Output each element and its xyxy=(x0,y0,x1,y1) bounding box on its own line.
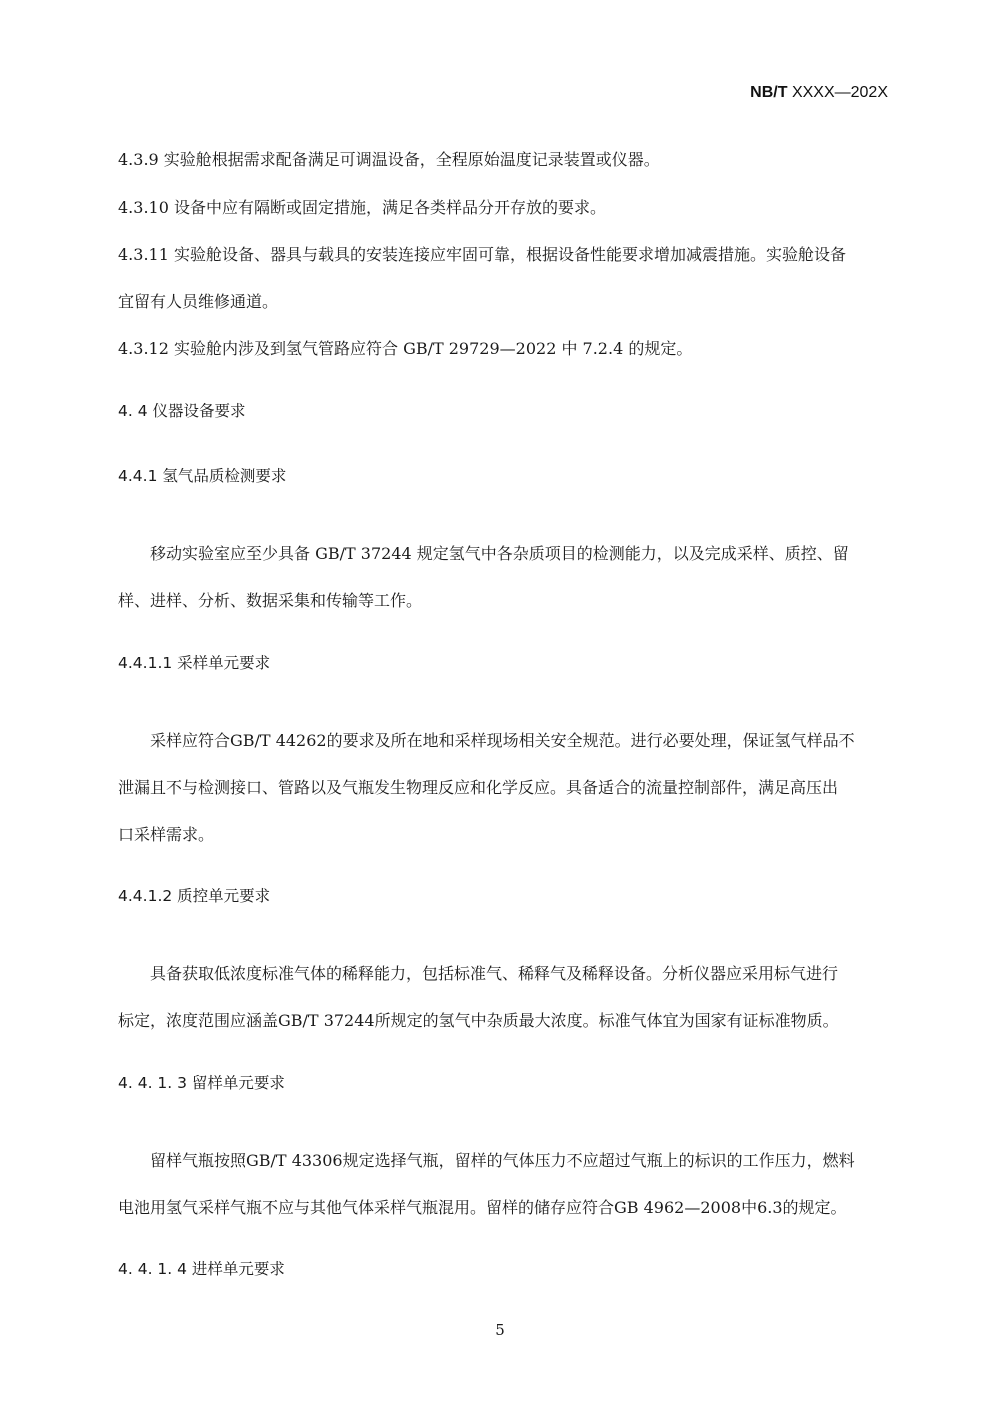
document-code-prefix: NB/T xyxy=(750,84,787,101)
clause-4-3-11-line2: 宜留有人员维修通道。 xyxy=(118,292,278,312)
page-number: 5 xyxy=(0,1321,1000,1339)
clause-4-3-12: 4.3.12 实验舱内涉及到氢气管路应符合 GB/T 29729—2022 中 … xyxy=(118,339,692,359)
clause-4-3-9: 4.3.9 实验舱根据需求配备满足可调温设备，全程原始温度记录装置或仪器。 xyxy=(118,150,660,170)
clause-4-3-10: 4.3.10 设备中应有隔断或固定措施，满足各类样品分开存放的要求。 xyxy=(118,198,606,218)
paragraph-4-4-1-2-line2: 标定，浓度范围应涵盖GB/T 37244所规定的氢气中杂质最大浓度。标准气体宜为… xyxy=(118,1011,839,1031)
section-heading-4-4-1-2: 4.4.1.2 质控单元要求 xyxy=(118,886,270,906)
paragraph-4-4-1-3-line1: 留样气瓶按照GB/T 43306规定选择气瓶，留样的气体压力不应超过气瓶上的标识… xyxy=(150,1151,855,1171)
section-heading-4-4-1-4: 4. 4. 1. 4 进样单元要求 xyxy=(118,1259,285,1279)
clause-4-3-11-line1: 4.3.11 实验舱设备、器具与载具的安装连接应牢固可靠，根据设备性能要求增加减… xyxy=(118,245,846,265)
document-code: NB/T XXXX—202X xyxy=(750,84,888,102)
paragraph-4-4-1-line1: 移动实验室应至少具备 GB/T 37244 规定氢气中各杂质项目的检测能力，以及… xyxy=(150,544,849,564)
paragraph-4-4-1-line2: 样、进样、分析、数据采集和传输等工作。 xyxy=(118,591,422,611)
paragraph-4-4-1-1-line3: 口采样需求。 xyxy=(118,825,214,845)
paragraph-4-4-1-3-line2: 电池用氢气采样气瓶不应与其他气体采样气瓶混用。留样的储存应符合GB 4962—2… xyxy=(118,1198,847,1218)
section-heading-4-4-1-3: 4. 4. 1. 3 留样单元要求 xyxy=(118,1073,285,1093)
section-heading-4-4-1: 4.4.1 氢气品质检测要求 xyxy=(118,466,286,486)
paragraph-4-4-1-2-line1: 具备获取低浓度标准气体的稀释能力，包括标准气、稀释气及稀释设备。分析仪器应采用标… xyxy=(150,964,838,984)
paragraph-4-4-1-1-line1: 采样应符合GB/T 44262的要求及所在地和采样现场相关安全规范。进行必要处理… xyxy=(150,731,855,751)
section-heading-4-4-1-1: 4.4.1.1 采样单元要求 xyxy=(118,653,270,673)
document-code-number: XXXX—202X xyxy=(788,84,889,101)
section-heading-4-4: 4. 4 仪器设备要求 xyxy=(118,401,246,421)
document-page: NB/T XXXX—202X 4.3.9 实验舱根据需求配备满足可调温设备，全程… xyxy=(0,0,1000,1415)
paragraph-4-4-1-1-line2: 泄漏且不与检测接口、管路以及气瓶发生物理反应和化学反应。具备适合的流量控制部件，… xyxy=(118,778,838,798)
